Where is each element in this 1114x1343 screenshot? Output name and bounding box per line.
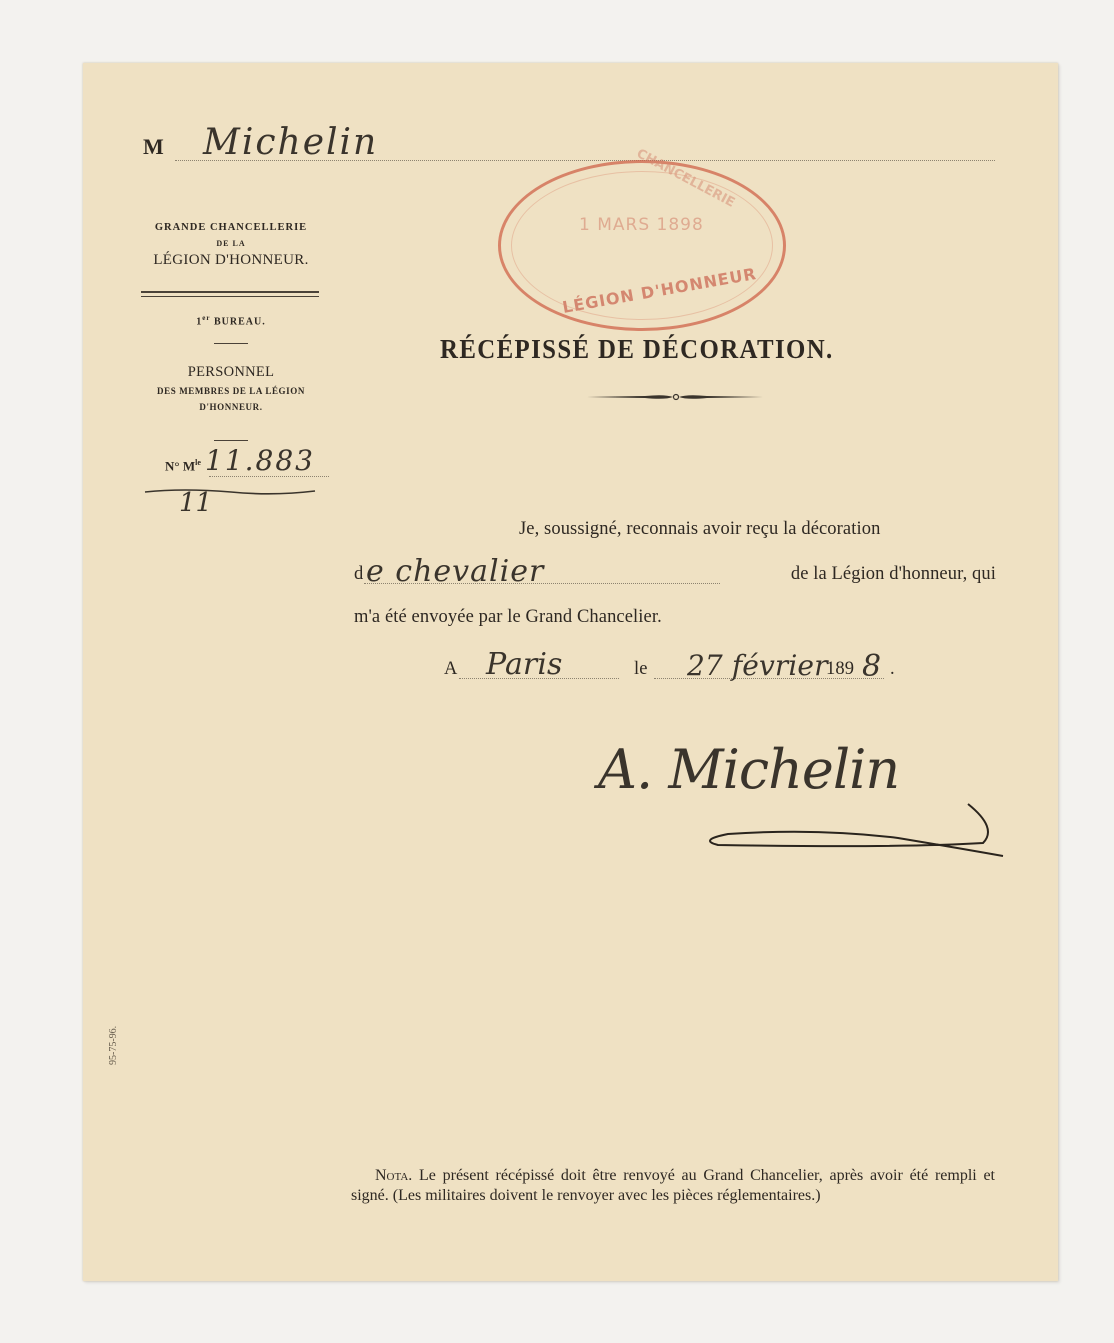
header-double-rule-1 xyxy=(141,291,319,293)
nota-text: Le présent récépissé doit être renvoyé a… xyxy=(351,1167,995,1204)
header-double-rule-2 xyxy=(141,296,319,297)
nota-label: Nota. xyxy=(375,1167,412,1184)
body-line1: Je, soussigné, reconnais avoir reçu la d… xyxy=(519,519,880,540)
personnel-sub2: D'HONNEUR. xyxy=(140,402,322,412)
stamp-date: 1 MARS 1898 xyxy=(579,215,704,235)
signature: A. Michelin xyxy=(598,718,1008,863)
matricule-under-handwritten: 11 xyxy=(179,488,212,518)
recipient-name-handwritten: Michelin xyxy=(203,122,378,163)
line2-prefix: d xyxy=(354,564,363,585)
header-line3: LÉGION D'HONNEUR. xyxy=(140,252,322,269)
date-prefix: le xyxy=(634,659,648,680)
personnel-title: PERSONNEL xyxy=(140,364,322,381)
header-line1: GRANDE CHANCELLERIE xyxy=(140,222,322,233)
recipient-line: M Michelin xyxy=(143,130,995,166)
line2-suffix: de la Légion d'honneur, qui xyxy=(791,564,996,585)
year-end: . xyxy=(890,659,895,680)
bureau-label: 1er BUREAU. xyxy=(140,314,322,327)
side-print-code: 95-75-96. xyxy=(108,1026,119,1065)
red-oval-stamp: CHANCELLERIE 1 MARS 1898 LÉGION D'HONNEU… xyxy=(498,160,786,331)
decoration-grade-handwritten: e chevalier xyxy=(366,554,544,589)
year-handwritten: 8 xyxy=(862,649,881,684)
header-line2: DE LA xyxy=(140,239,322,248)
personnel-sub1: DES MEMBRES DE LA LÉGION xyxy=(140,386,322,396)
bureau-rule xyxy=(214,343,248,344)
signature-flourish xyxy=(698,798,1008,868)
personnel-rule xyxy=(214,440,248,441)
matricule-label: N° Mle xyxy=(165,458,201,474)
signature-text: A. Michelin xyxy=(598,738,899,801)
title-ornament xyxy=(585,390,767,404)
place-date-line: A Paris le 27 février 189 8 . xyxy=(444,659,924,693)
recipient-prefix: M xyxy=(143,134,164,160)
left-header: GRANDE CHANCELLERIE DE LA LÉGION D'HONNE… xyxy=(140,222,322,269)
year-printed: 189 xyxy=(826,659,854,680)
place-prefix: A xyxy=(444,659,457,680)
body-line2: d e chevalier de la Légion d'honneur, qu… xyxy=(354,564,996,594)
date-handwritten: 27 février xyxy=(687,649,828,682)
matricule-flourish xyxy=(143,486,318,498)
bureau-text: BUREAU. xyxy=(214,316,266,327)
document-title: RÉCÉPISSÉ DE DÉCORATION. xyxy=(440,334,834,365)
place-handwritten: Paris xyxy=(486,647,563,682)
matricule-value-handwritten: 11.883 xyxy=(205,444,315,477)
body-line3: m'a été envoyée par le Grand Chancelier. xyxy=(354,607,662,628)
bureau-sup: er xyxy=(202,314,210,322)
nota-block: Nota. Le présent récépissé doit être ren… xyxy=(351,1166,995,1206)
matricule-field: N° Mle 11.883 11 xyxy=(165,452,335,522)
personnel-block: PERSONNEL DES MEMBRES DE LA LÉGION D'HON… xyxy=(140,364,322,412)
